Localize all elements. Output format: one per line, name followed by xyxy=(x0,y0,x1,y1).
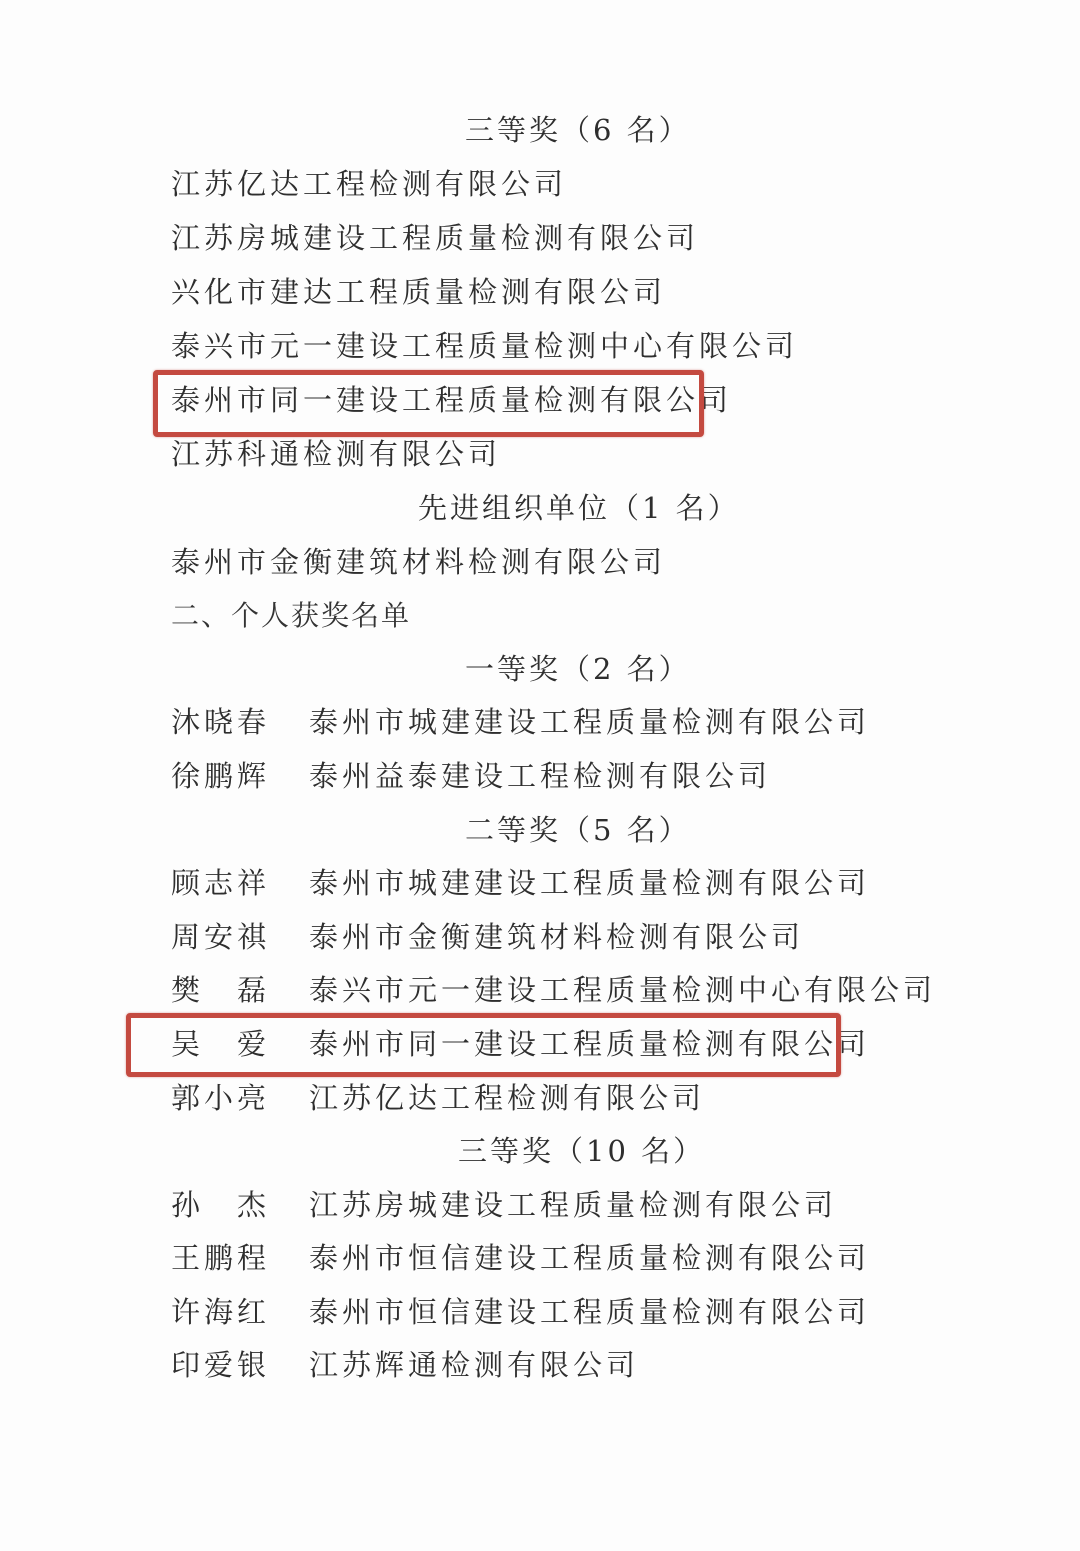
individual-first-prize-heading: 一等奖（2 名） xyxy=(465,649,691,689)
person-name: 沐晓春 xyxy=(171,702,270,742)
person-name: 王鹏程 xyxy=(171,1238,270,1278)
org-list-item: 江苏科通检测有限公司 xyxy=(171,434,501,474)
table-row: 沐晓春 泰州市城建建设工程质量检测有限公司 xyxy=(171,702,971,742)
individual-section-title: 二、个人获奖名单 xyxy=(171,596,411,636)
individual-second-prize-heading: 二等奖（5 名） xyxy=(465,810,691,850)
person-company: 泰州市金衡建筑材料检测有限公司 xyxy=(309,917,804,957)
person-company: 江苏辉通检测有限公司 xyxy=(309,1345,639,1385)
org-list-item: 江苏房城建设工程质量检测有限公司 xyxy=(171,218,699,258)
person-name: 徐鹏辉 xyxy=(171,756,270,796)
person-company: 泰州市恒信建设工程质量检测有限公司 xyxy=(309,1238,870,1278)
person-company: 江苏亿达工程检测有限公司 xyxy=(309,1078,705,1118)
person-company: 江苏房城建设工程质量检测有限公司 xyxy=(309,1185,837,1225)
advanced-unit-heading: 先进组织单位（1 名） xyxy=(418,488,740,528)
org-list-item: 泰兴市元一建设工程质量检测中心有限公司 xyxy=(171,326,798,366)
person-company: 泰州市城建建设工程质量检测有限公司 xyxy=(309,702,870,742)
highlight-box-org xyxy=(153,370,704,437)
person-name: 顾志祥 xyxy=(171,863,270,903)
person-name: 樊 磊 xyxy=(171,970,270,1010)
person-company: 泰州益泰建设工程检测有限公司 xyxy=(309,756,771,796)
person-name: 郭小亮 xyxy=(171,1078,270,1118)
table-row: 许海红 泰州市恒信建设工程质量检测有限公司 xyxy=(171,1292,971,1332)
person-name: 周安祺 xyxy=(171,917,270,957)
org-list-item: 江苏亿达工程检测有限公司 xyxy=(171,164,567,204)
org-third-prize-heading: 三等奖（6 名） xyxy=(465,110,691,150)
person-company: 泰兴市元一建设工程质量检测中心有限公司 xyxy=(309,970,936,1010)
table-row: 徐鹏辉 泰州益泰建设工程检测有限公司 xyxy=(171,756,971,796)
table-row: 郭小亮 江苏亿达工程检测有限公司 xyxy=(171,1078,971,1118)
individual-third-prize-heading: 三等奖（10 名） xyxy=(458,1131,705,1171)
person-company: 泰州市恒信建设工程质量检测有限公司 xyxy=(309,1292,870,1332)
table-row: 樊 磊 泰兴市元一建设工程质量检测中心有限公司 xyxy=(171,970,971,1010)
person-name: 印爱银 xyxy=(171,1345,270,1385)
table-row: 印爱银 江苏辉通检测有限公司 xyxy=(171,1345,971,1385)
org-list-item: 兴化市建达工程质量检测有限公司 xyxy=(171,272,666,312)
table-row: 孙 杰 江苏房城建设工程质量检测有限公司 xyxy=(171,1185,971,1225)
table-row: 顾志祥 泰州市城建建设工程质量检测有限公司 xyxy=(171,863,971,903)
person-name: 许海红 xyxy=(171,1292,270,1332)
person-company: 泰州市城建建设工程质量检测有限公司 xyxy=(309,863,870,903)
person-name: 孙 杰 xyxy=(171,1185,270,1225)
table-row: 周安祺 泰州市金衡建筑材料检测有限公司 xyxy=(171,917,971,957)
highlight-box-individual xyxy=(126,1013,841,1077)
table-row: 王鹏程 泰州市恒信建设工程质量检测有限公司 xyxy=(171,1238,971,1278)
org-list-item: 泰州市金衡建筑材料检测有限公司 xyxy=(171,542,666,582)
